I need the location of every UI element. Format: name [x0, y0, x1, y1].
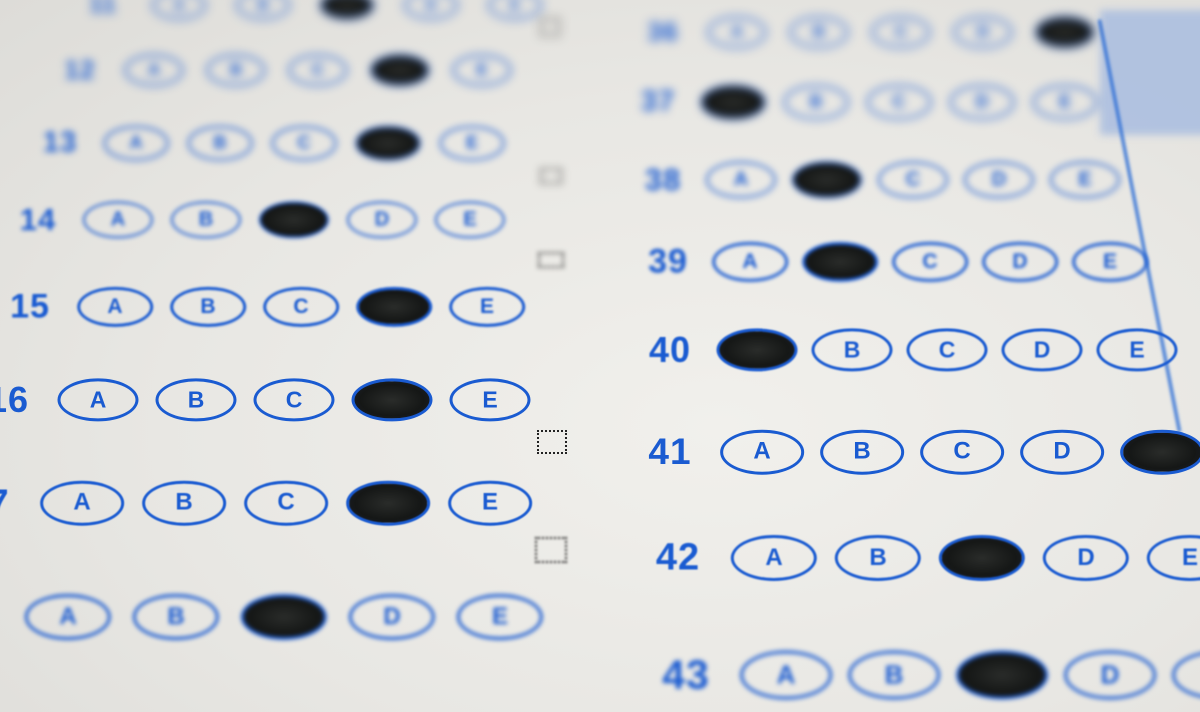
answer-bubble-b[interactable]: B — [820, 430, 904, 475]
answer-bubble-d[interactable]: D — [964, 161, 1034, 198]
answer-bubble-a[interactable]: A — [701, 85, 766, 120]
answer-bubble-e[interactable]: E — [449, 287, 525, 327]
question-number: 36 — [648, 17, 679, 48]
answer-bubble-c[interactable]: C — [871, 16, 930, 48]
answer-bubble-b[interactable]: B — [206, 54, 265, 86]
answer-bubble-b[interactable]: B — [848, 651, 940, 700]
answer-bubble-d[interactable]: D — [349, 594, 435, 640]
answer-bubble-a[interactable]: A — [83, 201, 153, 238]
question-number: 17 — [0, 482, 10, 524]
answer-bubble-e[interactable]: E — [1097, 328, 1178, 371]
answer-bubble-a[interactable]: A — [712, 242, 788, 282]
answer-bubble-e[interactable]: E — [1035, 16, 1094, 48]
answer-bubble-e[interactable]: E — [457, 594, 543, 640]
answer-bubble-a[interactable]: A — [720, 430, 804, 475]
question-number: 40 — [649, 329, 691, 371]
answer-bubble-c[interactable]: C — [241, 594, 327, 640]
answer-bubble-d[interactable]: D — [347, 201, 417, 238]
answer-bubble-b[interactable]: B — [835, 535, 921, 581]
answer-bubble-c[interactable]: C — [907, 328, 988, 371]
answer-bubble-b[interactable]: B — [812, 328, 893, 371]
answer-bubble-c[interactable]: C — [263, 287, 339, 327]
question-number: 13 — [43, 127, 77, 160]
answer-bubble-b[interactable]: B — [142, 481, 226, 526]
answer-bubble-a[interactable]: A — [58, 378, 139, 421]
answer-bubble-e[interactable]: E — [1072, 242, 1148, 282]
question-number: 11 — [89, 0, 116, 19]
answer-bubble-a[interactable]: A — [104, 126, 169, 161]
answer-bubble-a[interactable]: A — [706, 161, 776, 198]
answer-bubble-c[interactable]: C — [867, 85, 932, 120]
answer-bubble-c[interactable]: C — [288, 54, 347, 86]
answer-bubble-a[interactable]: A — [731, 535, 817, 581]
answer-bubble-e[interactable]: E — [1033, 85, 1098, 120]
answer-bubble-a[interactable]: A — [740, 651, 832, 700]
question-number: 38 — [645, 162, 681, 198]
answer-bubble-d[interactable]: D — [950, 85, 1015, 120]
answer-bubble-c[interactable]: C — [272, 126, 337, 161]
answer-bubble-b[interactable]: B — [171, 201, 241, 238]
answer-bubble-b[interactable]: B — [792, 161, 862, 198]
answer-bubble-d[interactable]: D — [1020, 430, 1104, 475]
answer-bubble-e[interactable]: E — [440, 126, 505, 161]
timing-mark — [535, 537, 567, 563]
answer-bubble-e[interactable]: E — [1120, 430, 1200, 475]
answer-bubble-b[interactable]: B — [133, 594, 219, 640]
answer-bubble-d[interactable]: D — [346, 481, 430, 526]
question-number: 12 — [65, 55, 96, 86]
answer-bubble-d[interactable]: D — [1002, 328, 1083, 371]
answer-bubble-d[interactable]: D — [1064, 651, 1156, 700]
answer-bubble-a[interactable]: A — [77, 287, 153, 327]
answer-bubble-e[interactable]: E — [1172, 651, 1200, 700]
question-number: 16 — [0, 379, 29, 421]
answer-bubble-b[interactable]: B — [156, 378, 237, 421]
answer-bubble-d[interactable]: D — [370, 54, 429, 86]
answer-bubble-c[interactable]: C — [320, 0, 374, 19]
answer-bubble-d[interactable]: D — [1043, 535, 1129, 581]
answer-bubble-b[interactable]: B — [784, 85, 849, 120]
answer-bubble-a[interactable]: A — [124, 54, 183, 86]
answer-bubble-b[interactable]: B — [789, 16, 848, 48]
answer-bubble-b[interactable]: B — [236, 0, 290, 19]
timing-mark — [540, 168, 562, 184]
answer-sheet-photo: 11ABCDE12ABCDE13ABCDE14ABCDE15ABCDE16ABC… — [0, 0, 1200, 712]
answer-bubble-c[interactable]: C — [244, 481, 328, 526]
answer-bubble-a[interactable]: A — [25, 594, 111, 640]
answer-bubble-c[interactable]: C — [259, 201, 329, 238]
answer-bubble-d[interactable]: D — [982, 242, 1058, 282]
timing-mark — [537, 430, 567, 454]
answer-bubble-a[interactable]: A — [707, 16, 766, 48]
question-number: 39 — [648, 243, 688, 282]
shaded-header-panel — [1100, 10, 1200, 135]
answer-bubble-c[interactable]: C — [254, 378, 335, 421]
answer-bubble-d[interactable]: D — [404, 0, 458, 19]
question-number: 37 — [641, 86, 675, 119]
answer-bubble-c[interactable]: C — [956, 651, 1048, 700]
answer-bubble-e[interactable]: E — [448, 481, 532, 526]
answer-bubble-c[interactable]: C — [939, 535, 1025, 581]
answer-bubble-e[interactable]: E — [1050, 161, 1120, 198]
answer-bubble-d[interactable]: D — [953, 16, 1012, 48]
answer-bubble-d[interactable]: D — [356, 126, 421, 161]
answer-bubble-d[interactable]: D — [352, 378, 433, 421]
answer-bubble-e[interactable]: E — [1147, 535, 1200, 581]
answer-bubble-e[interactable]: E — [488, 0, 542, 19]
question-number: 41 — [648, 431, 691, 473]
answer-bubble-a[interactable]: A — [40, 481, 124, 526]
answer-bubble-c[interactable]: C — [920, 430, 1004, 475]
answer-bubble-c[interactable]: C — [892, 242, 968, 282]
answer-bubble-b[interactable]: B — [188, 126, 253, 161]
answer-bubble-b[interactable]: B — [170, 287, 246, 327]
timing-mark — [540, 18, 560, 36]
answer-bubble-a[interactable]: A — [152, 0, 206, 19]
timing-mark — [538, 252, 564, 268]
answer-bubble-a[interactable]: A — [717, 328, 798, 371]
question-number: 14 — [20, 202, 56, 238]
question-number: 42 — [656, 537, 700, 580]
question-number: 15 — [10, 288, 50, 327]
answer-bubble-e[interactable]: E — [452, 54, 511, 86]
answer-bubble-e[interactable]: E — [450, 378, 531, 421]
question-number: 43 — [662, 652, 710, 699]
answer-bubble-c[interactable]: C — [878, 161, 948, 198]
answer-bubble-b[interactable]: B — [802, 242, 878, 282]
answer-bubble-d[interactable]: D — [356, 287, 432, 327]
answer-bubble-e[interactable]: E — [435, 201, 505, 238]
